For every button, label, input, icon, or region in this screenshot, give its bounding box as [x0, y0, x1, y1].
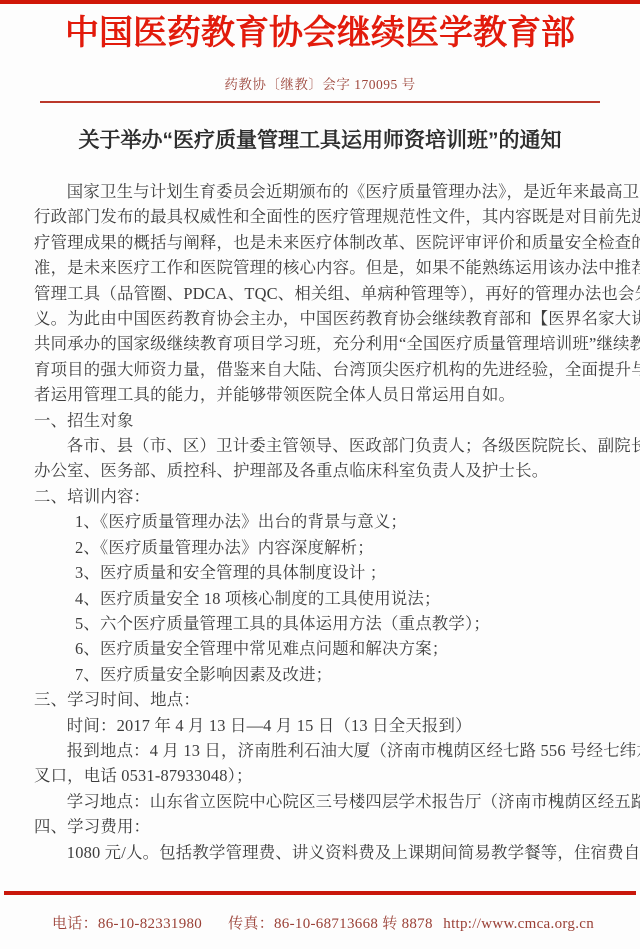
body-line: 者运用管理工具的能力，并能够带领医院全体人员日常运用自如。 — [34, 382, 606, 407]
body-line: 准，是未来医疗工作和医院管理的核心内容。但是，如果不能熟练运用该办法中推荐的 — [34, 255, 606, 280]
body-line: 1、《医疗质量管理办法》出台的背景与意义； — [34, 509, 606, 534]
body-line: 国家卫生与计划生育委员会近期颁布的《医疗质量管理办法》，是近年来最高卫生 — [34, 179, 606, 204]
body-line: 时间：2017 年 4 月 13 日—4 月 15 日（13 日全天报到） — [34, 713, 606, 738]
body-line: 疗管理成果的概括与阐释，也是未来医疗体制改革、医院评审评价和质量安全检查的标 — [34, 230, 606, 255]
body-line: 1080 元/人。包括教学管理费、讲义资料费及上课期间简易教学餐等，住宿费自理； — [34, 840, 606, 865]
top-border-line — [0, 0, 640, 4]
footer-contact-row: 电话：86-10-82331980 传真：86-10-68713668 转 88… — [0, 895, 640, 933]
body-line: 4、医疗质量安全 18 项核心制度的工具使用说法； — [34, 586, 606, 611]
footer: 电话：86-10-82331980 传真：86-10-68713668 转 88… — [0, 891, 640, 933]
body-line: 6、医疗质量安全管理中常见难点问题和解决方案； — [34, 636, 606, 661]
footer-contacts: 电话：86-10-82331980 传真：86-10-68713668 转 88… — [52, 912, 433, 933]
website-url: http://www.cmca.org.cn — [443, 916, 594, 933]
notice-title: 关于举办“医疗质量管理工具运用师资培训班”的通知 — [0, 126, 640, 156]
body-line: 育项目的强大师资力量，借鉴来自大陆、台湾顶尖医疗机构的先进经验，全面提升与会 — [34, 357, 606, 382]
scanned-notice-document: { "colors": { "org_title_red": "#e21b0c"… — [0, 0, 640, 949]
notice-body: 国家卫生与计划生育委员会近期颁布的《医疗质量管理办法》，是近年来最高卫生行政部门… — [0, 156, 640, 865]
body-line: 义。为此由中国医药教育协会主办，中国医药教育协会继续教育部和【医界名家大讲堂】 — [34, 306, 606, 331]
body-line: 各市、县（市、区）卫计委主管领导、医政部门负责人；各级医院院长、副院长、 — [34, 433, 606, 458]
body-line: 叉口，电话 0531-87933048）； — [34, 763, 606, 788]
body-line: 2、《医疗质量管理办法》内容深度解析； — [34, 535, 606, 560]
body-line: 3、医疗质量和安全管理的具体制度设计 ； — [34, 560, 606, 585]
body-line: 行政部门发布的最具权威性和全面性的医疗管理规范性文件，其内容既是对目前先进医 — [34, 204, 606, 229]
fax-label: 传真：86-10-68713668 转 8878 — [228, 912, 433, 933]
body-line: 四、学习费用： — [34, 814, 606, 839]
body-line: 报到地点：4 月 13 日，济南胜利石油大厦（济南市槐荫区经七路 556 号经七… — [34, 738, 606, 763]
body-line: 办公室、医务部、质控科、护理部及各重点临床科室负责人及护士长。 — [34, 458, 606, 483]
body-line: 共同承办的国家级继续教育项目学习班，充分利用“全国医疗质量管理培训班”继续教 — [34, 331, 606, 356]
body-line: 7、医疗质量安全影响因素及改进； — [34, 662, 606, 687]
body-line: 管理工具（品管圈、PDCA、TQC、相关组、单病种管理等），再好的管理办法也会失… — [34, 281, 606, 306]
header-divider-line — [40, 101, 600, 103]
body-line: 一、招生对象 — [34, 408, 606, 433]
body-line: 学习地点：山东省立医院中心院区三号楼四层学术报告厅（济南市槐荫区经五路）。 — [34, 789, 606, 814]
doc-number: 药教协〔继教〕会字 170095 号 — [0, 74, 640, 96]
org-title: 中国医药教育协会继续医学教育部 — [0, 11, 640, 57]
body-line: 5、六个医疗质量管理工具的具体运用方法（重点教学）； — [34, 611, 606, 636]
phone-label: 电话：86-10-82331980 — [52, 912, 202, 933]
body-line: 二、培训内容： — [34, 484, 606, 509]
body-line: 三、学习时间、地点： — [34, 687, 606, 712]
